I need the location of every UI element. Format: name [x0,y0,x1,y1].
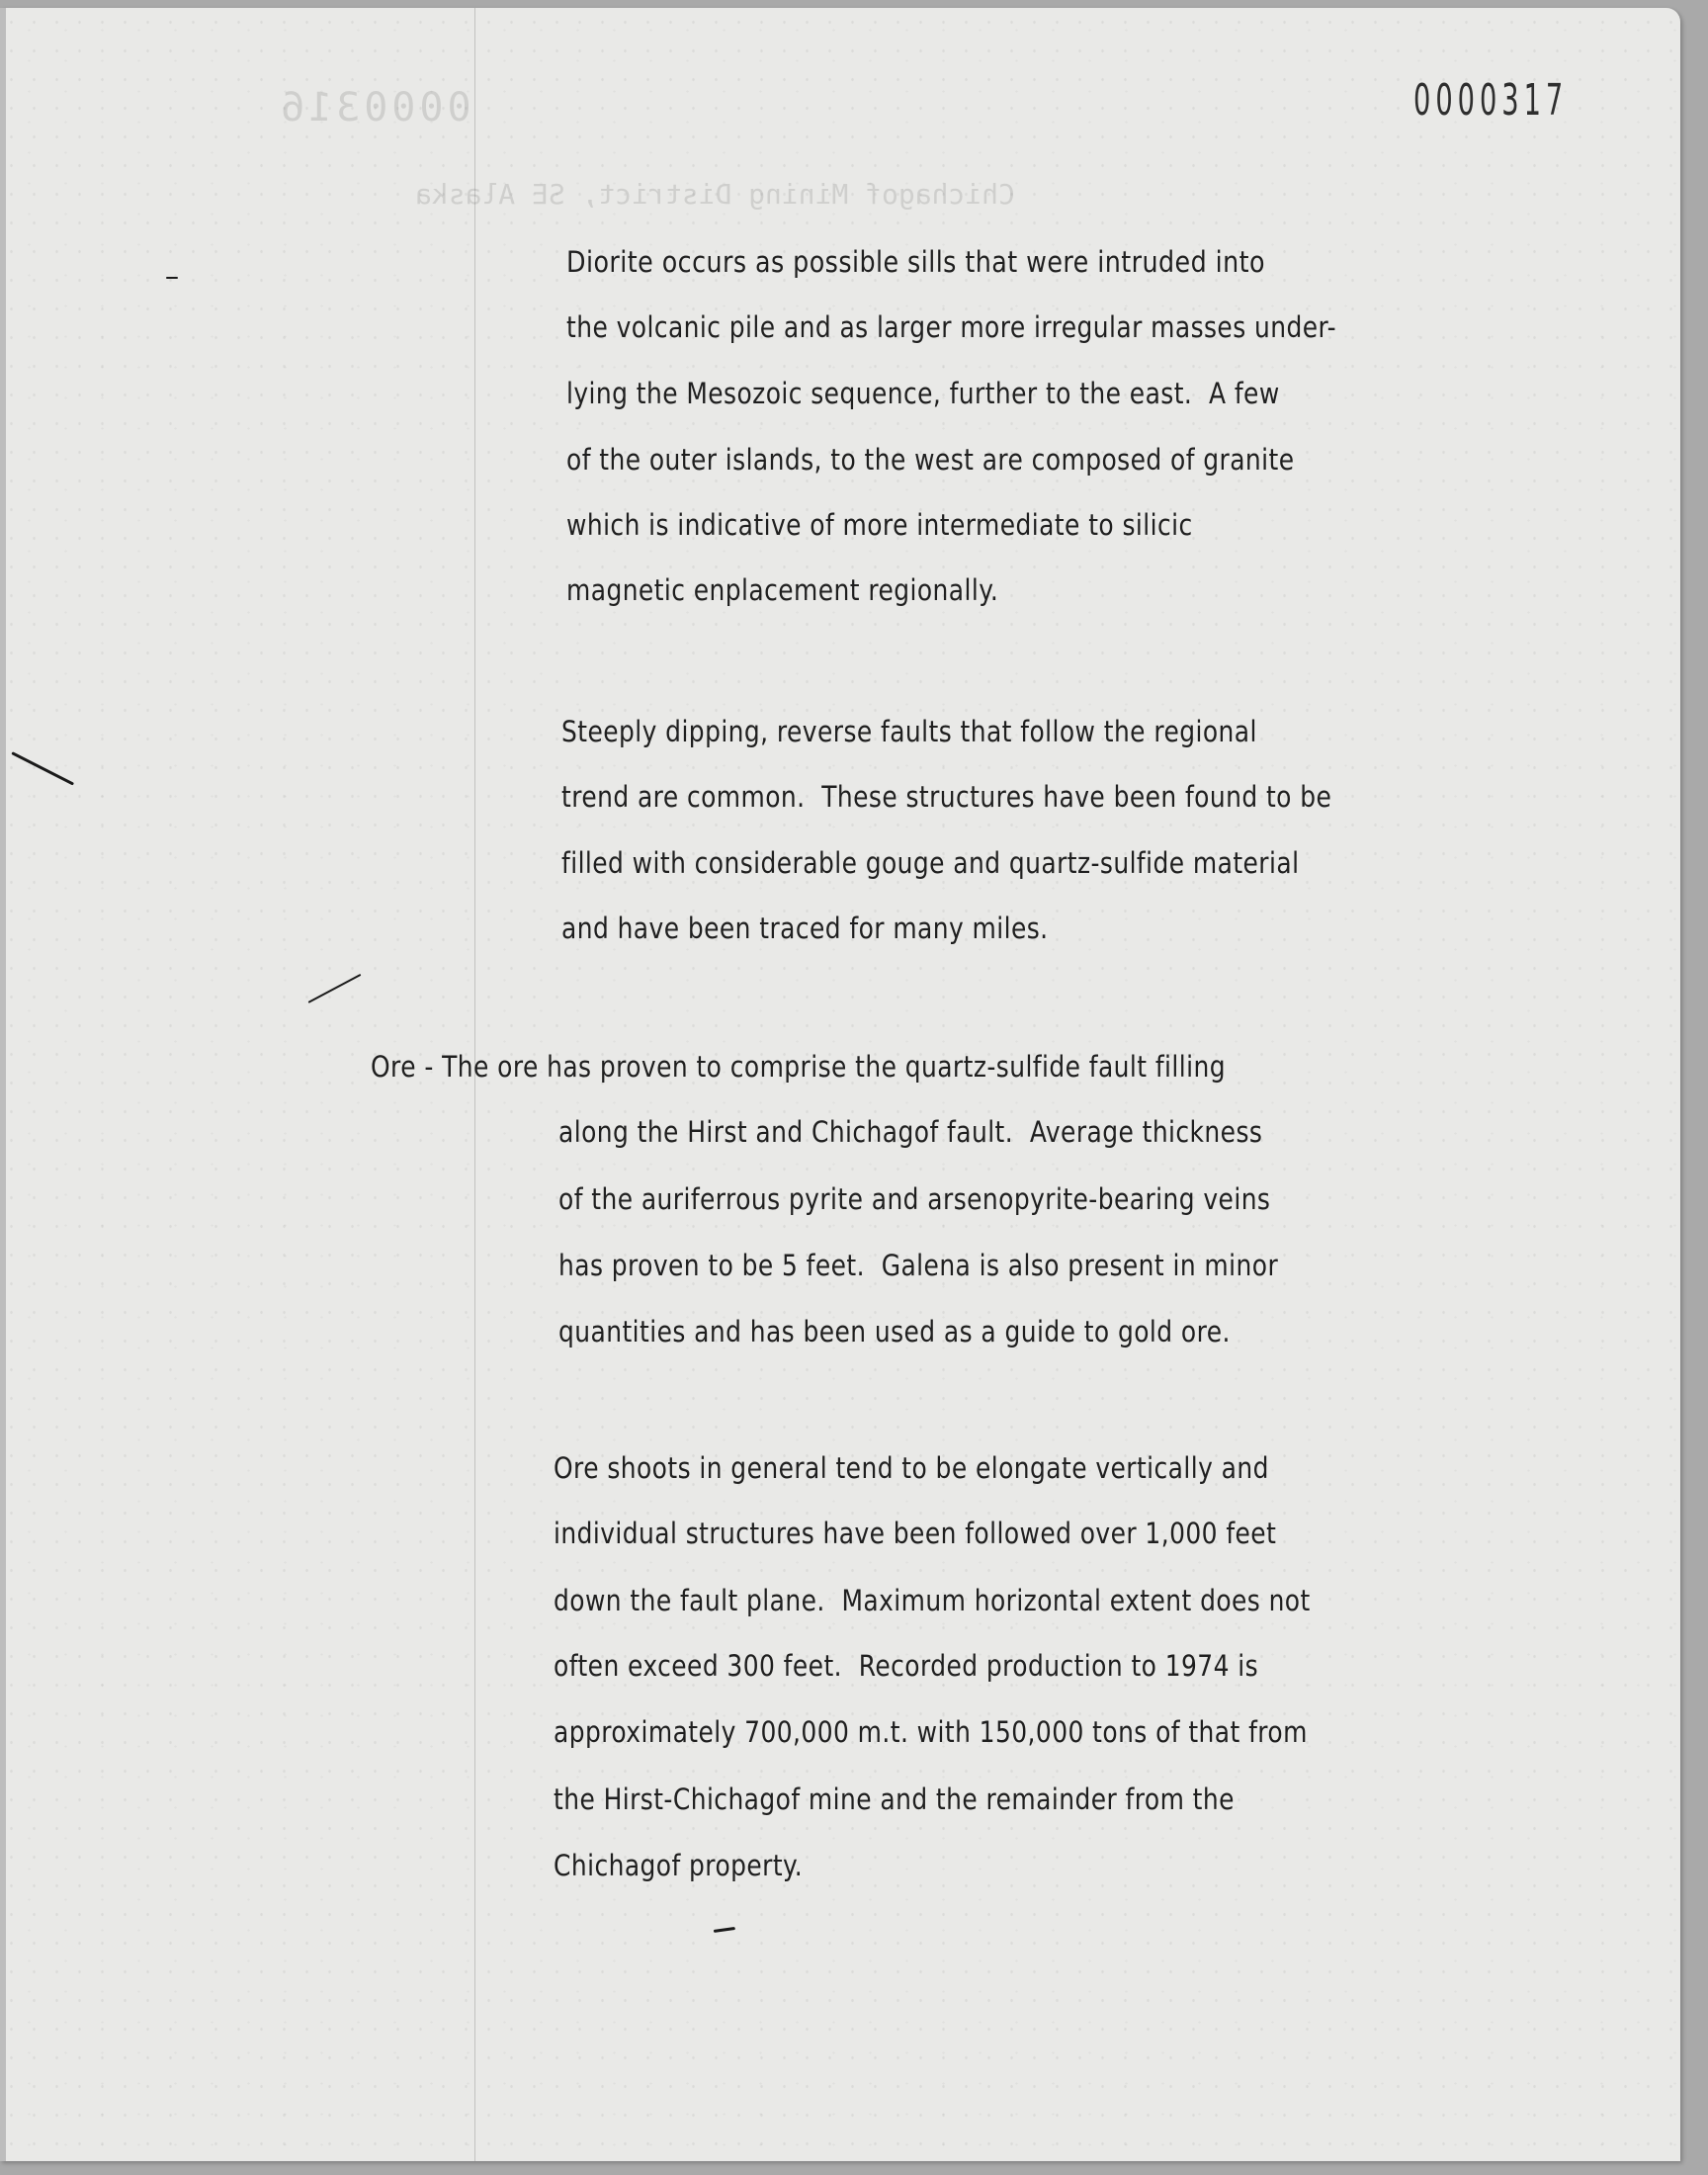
paragraph-line: quantities and has been used as a guide … [558,1315,1231,1348]
pen-mark [308,974,362,1003]
paragraph-line: Chichagof property. [554,1849,803,1882]
paragraph-line: magnetic enplacement regionally. [566,573,998,607]
paragraph-line: often exceed 300 feet. Recorded producti… [554,1649,1258,1683]
paragraph-line: Ore - The ore has proven to comprise the… [371,1050,1226,1084]
paragraph-line: lying the Mesozoic sequence, further to … [566,377,1280,410]
paragraph-line: Diorite occurs as possible sills that we… [566,245,1265,279]
paragraph-line: filled with considerable gouge and quart… [561,846,1299,880]
scanned-page: 0000316 Chichagof Mining District, SE Al… [0,8,1680,2161]
paragraph-line: of the auriferrous pyrite and arsenopyri… [558,1182,1270,1216]
paragraph-line: down the fault plane. Maximum horizontal… [554,1584,1311,1617]
paragraph-line: the Hirst-Chichagof mine and the remaind… [554,1783,1235,1816]
pen-mark [11,751,74,785]
paragraph-line: has proven to be 5 feet. Galena is also … [558,1249,1278,1282]
show-through-page-number: 0000316 [277,85,471,130]
paragraph-line: and have been traced for many miles. [561,912,1049,945]
paragraph-line: the volcanic pile and as larger more irr… [566,310,1336,344]
page-number: 0000317 [1413,75,1568,126]
fold-line [474,8,475,2161]
scan-edge [0,8,6,2161]
paragraph-line: Ore shoots in general tend to be elongat… [554,1451,1269,1485]
paragraph-line: individual structures have been followed… [554,1517,1276,1550]
paragraph-line: trend are common. These structures have … [561,780,1331,814]
paragraph-line: of the outer islands, to the west are co… [566,443,1294,477]
pen-mark [714,1927,735,1933]
paragraph-line: approximately 700,000 m.t. with 150,000 … [554,1715,1308,1749]
paragraph-line: Steeply dipping, reverse faults that fol… [561,715,1257,748]
show-through-title: Chichagof Mining District, SE Alaska [415,178,1015,211]
paragraph-line: along the Hirst and Chichagof fault. Ave… [558,1115,1262,1149]
paragraph-line: which is indicative of more intermediate… [566,508,1193,542]
pen-mark [166,277,178,279]
